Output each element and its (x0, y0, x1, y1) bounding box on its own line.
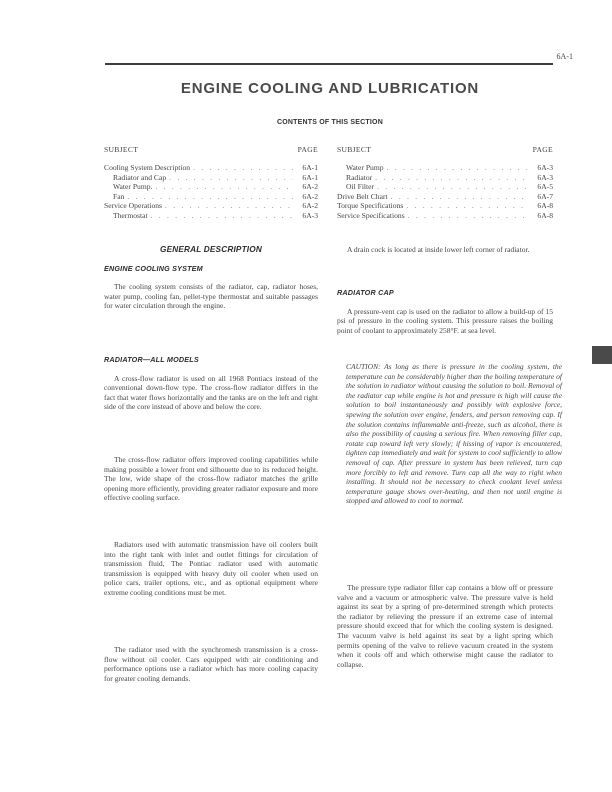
toc-item[interactable]: Water Pump. 6A-2 (104, 182, 318, 192)
toc-leader-dots (193, 163, 293, 173)
toc-item-page: 6A-3 (531, 163, 553, 173)
radiator-cap-heading: RADIATOR CAP (337, 288, 553, 298)
toc-item-label: Thermostat (104, 211, 148, 221)
contents-title: CONTENTS OF THIS SECTION (0, 119, 612, 126)
toc-item-page: 6A-2 (296, 201, 318, 211)
left-column-radiator-4: The radiator used with the synchromesh t… (104, 645, 318, 683)
toc-item-page: 6A-2 (296, 182, 318, 192)
toc-item-page: 6A-3 (531, 173, 553, 183)
section-tab-marker (592, 346, 612, 364)
toc-item-label: Water Pump (337, 163, 384, 173)
caution-text: CAUTION: As long as there is pressure in… (346, 362, 562, 506)
toc-item-page: 6A-2 (296, 192, 318, 202)
toc-leader-dots (151, 211, 293, 221)
toc-item[interactable]: Radiator and Cap 6A-1 (104, 173, 318, 183)
radiator-paragraph-3: Radiators used with automatic transmissi… (104, 540, 318, 598)
toc-item-label: Drive Belt Chart (337, 192, 388, 202)
toc-leader-dots (408, 211, 528, 221)
toc-item[interactable]: Fan 6A-2 (104, 192, 318, 202)
toc-subject-header: SUBJECT (337, 145, 371, 154)
toc-item[interactable]: Drive Belt Chart 6A-7 (337, 192, 553, 202)
toc-item-page: 6A-7 (531, 192, 553, 202)
toc-item[interactable]: Service Operations 6A-2 (104, 201, 318, 211)
toc-left: SUBJECT PAGE Cooling System Description … (104, 145, 318, 221)
toc-leader-dots (169, 173, 293, 183)
general-description-heading: GENERAL DESCRIPTION (104, 245, 318, 255)
toc-item-label: Cooling System Description (104, 163, 190, 173)
toc-subject-header: SUBJECT (104, 145, 138, 154)
toc-leader-dots (155, 182, 293, 192)
header-rule (105, 63, 553, 65)
radiator-paragraph-2: The cross-flow radiator offers improved … (104, 455, 318, 503)
radiator-all-models-heading: RADIATOR—ALL MODELS (104, 355, 318, 365)
radiator-cap-paragraph: A pressure-vent cap is used on the radia… (337, 307, 553, 336)
toc-item-label: Fan (104, 192, 124, 202)
radiator-paragraph-1: A cross-flow radiator is used on all 196… (104, 374, 318, 412)
toc-item-page: 6A-3 (296, 211, 318, 221)
toc-item-label: Water Pump. (104, 182, 152, 192)
toc-item-page: 6A-1 (296, 163, 318, 173)
toc-item[interactable]: Water Pump 6A-3 (337, 163, 553, 173)
left-column-radiator: RADIATOR—ALL MODELS A cross-flow radiato… (104, 355, 318, 412)
toc-leader-dots (377, 182, 528, 192)
toc-header: SUBJECT PAGE (337, 145, 553, 154)
toc-item-label: Service Specifications (337, 211, 405, 221)
page-title: ENGINE COOLING AND LUBRICATION (0, 80, 612, 97)
toc-item-label: Service Operations (104, 201, 162, 211)
toc-leader-dots (391, 192, 528, 202)
toc-leader-dots (165, 201, 293, 211)
filler-cap-paragraph: The pressure type radiator filler cap co… (337, 583, 553, 669)
toc-item-label: Torque Specifications (337, 201, 403, 211)
toc-leader-dots (375, 173, 528, 183)
engine-cooling-system-heading: ENGINE COOLING SYSTEM (104, 264, 318, 274)
toc-item-page: 6A-8 (531, 201, 553, 211)
radiator-paragraph-4: The radiator used with the synchromesh t… (104, 645, 318, 683)
right-column-filler: The pressure type radiator filler cap co… (337, 583, 553, 669)
toc-page-header: PAGE (298, 145, 318, 154)
toc-item-label: Radiator (337, 173, 372, 183)
toc-item[interactable]: Cooling System Description 6A-1 (104, 163, 318, 173)
toc-item-page: 6A-5 (531, 182, 553, 192)
toc-item-page: 6A-1 (296, 173, 318, 183)
toc-right: SUBJECT PAGE Water Pump 6A-3 Radiator 6A… (337, 145, 553, 221)
caution-block: CAUTION: As long as there is pressure in… (337, 362, 562, 506)
right-column: A drain cock is located at inside lower … (337, 245, 553, 255)
toc-header: SUBJECT PAGE (104, 145, 318, 154)
drain-cock-paragraph: A drain cock is located at inside lower … (337, 245, 553, 255)
toc-item[interactable]: Oil Filter 6A-5 (337, 182, 553, 192)
page-number: 6A-1 (557, 52, 573, 61)
left-column-radiator-3: Radiators used with automatic transmissi… (104, 540, 318, 598)
toc-item[interactable]: Torque Specifications 6A-8 (337, 201, 553, 211)
toc-item-page: 6A-8 (531, 211, 553, 221)
left-column: GENERAL DESCRIPTION ENGINE COOLING SYSTE… (104, 245, 318, 311)
left-column-radiator-2: The cross-flow radiator offers improved … (104, 455, 318, 503)
toc-item-label: Oil Filter (337, 182, 374, 192)
toc-item[interactable]: Thermostat 6A-3 (104, 211, 318, 221)
toc-leader-dots (127, 192, 293, 202)
toc-page-header: PAGE (533, 145, 553, 154)
toc-leader-dots (387, 163, 528, 173)
toc-leader-dots (406, 201, 528, 211)
right-column-cap: RADIATOR CAP A pressure-vent cap is used… (337, 288, 553, 335)
toc-item-label: Radiator and Cap (104, 173, 166, 183)
engine-cooling-paragraph: The cooling system consists of the radia… (104, 282, 318, 311)
toc-item[interactable]: Radiator 6A-3 (337, 173, 553, 183)
toc-item[interactable]: Service Specifications 6A-8 (337, 211, 553, 221)
